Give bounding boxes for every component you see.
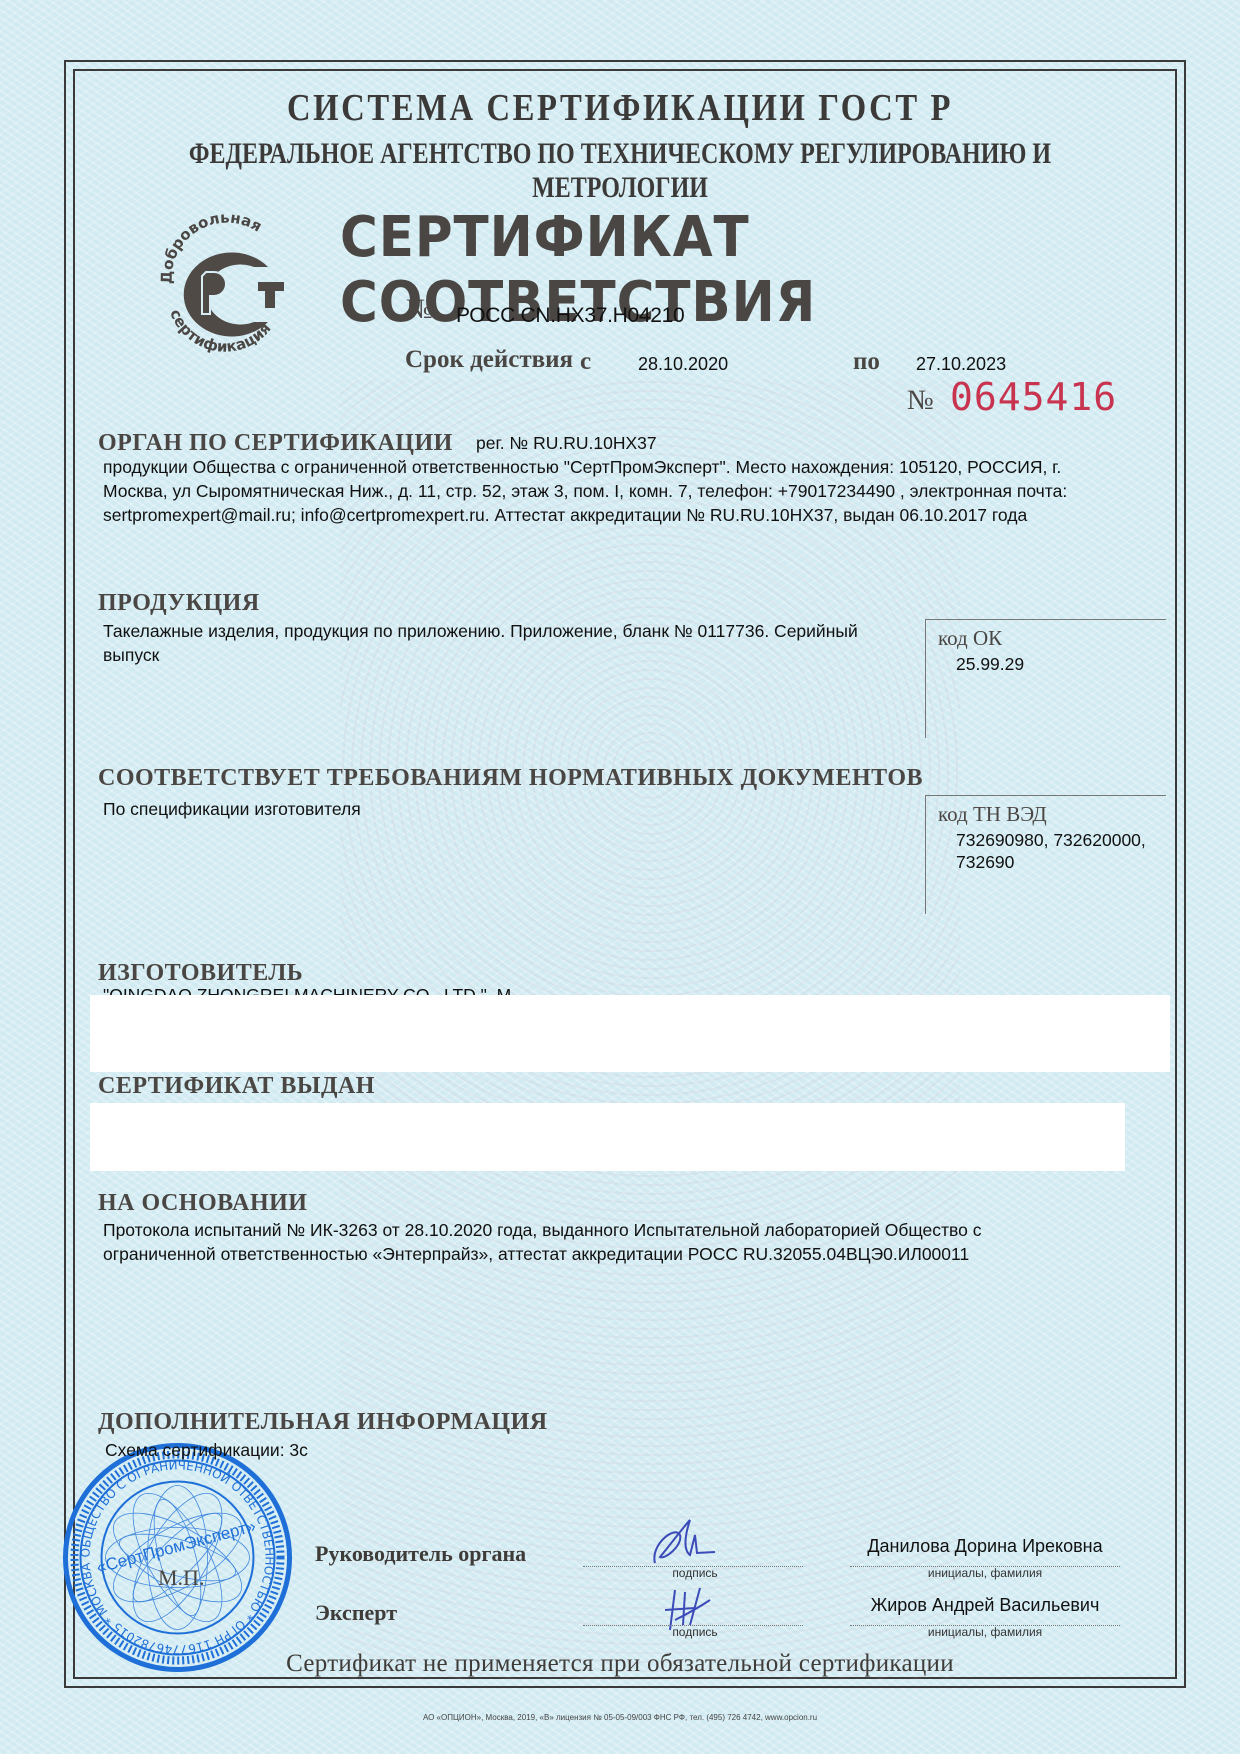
validity-label: Срок действия <box>405 346 573 374</box>
expert-name-caption: инициалы, фамилия <box>850 1625 1120 1639</box>
blank-number-sign: № <box>907 385 934 417</box>
certification-scheme: Схема сертификации: 3с <box>105 1440 308 1461</box>
basis-heading: НА ОСНОВАНИИ <box>98 1190 307 1217</box>
ok-code-value: 25.99.29 <box>956 653 1166 675</box>
additional-info-heading: ДОПОЛНИТЕЛЬНАЯ ИНФОРМАЦИЯ <box>98 1409 548 1436</box>
certificate-title: СЕРТИФИКАТ СООТВЕТСТВИЯ <box>340 205 1076 335</box>
norms-text: По спецификации изготовителя <box>103 797 361 821</box>
norms-heading: СООТВЕТСТВУЕТ ТРЕБОВАНИЯМ НОРМАТИВНЫХ ДО… <box>98 765 923 792</box>
expert-signature-caption: подпись <box>640 1625 750 1639</box>
ok-code-label: код ОК <box>938 626 1166 651</box>
head-signature-caption: подпись <box>640 1566 750 1580</box>
blank-serial-number: 0645416 <box>950 375 1117 419</box>
certification-body-reg: рег. № RU.RU.10НХ37 <box>476 433 657 454</box>
company-seal-icon: ОБЩЕСТВО С ОГРАНИЧЕННОЙ ОТВЕТСТВЕННОСТЬЮ… <box>60 1440 295 1675</box>
basis-text: Протокола испытаний № ИК-3263 от 28.10.2… <box>103 1218 1103 1266</box>
manufacturer-heading: ИЗГОТОВИТЕЛЬ <box>98 960 303 987</box>
certificate-number: РОСС CN.HX37.H04210 <box>456 304 684 328</box>
from-label: с <box>580 348 591 376</box>
certification-body-details: продукции Общества с ограниченной ответс… <box>103 455 1183 527</box>
tnved-code-label: код ТН ВЭД <box>938 802 1166 827</box>
manufacturer-redaction <box>90 995 1170 1072</box>
agency-title: ФЕДЕРАЛЬНОЕ АГЕНТСТВО ПО ТЕХНИЧЕСКОМУ РЕ… <box>124 137 1116 205</box>
head-name-caption: инициалы, фамилия <box>850 1566 1120 1580</box>
issued-to-redaction <box>90 1103 1125 1171</box>
valid-from-date: 28.10.2020 <box>638 354 728 375</box>
footer-note: Сертификат не применяется при обязательн… <box>0 1650 1240 1678</box>
certification-body-heading: ОРГАН ПО СЕРТИФИКАЦИИ <box>98 430 453 457</box>
product-heading: ПРОДУКЦИЯ <box>98 590 260 617</box>
number-sign: № <box>406 294 433 326</box>
to-label: по <box>853 348 880 376</box>
product-description: Такелажные изделия, продукция по приложе… <box>103 619 923 667</box>
head-name: Данилова Дорина Ирековна <box>850 1536 1120 1557</box>
mp-label: М.П. <box>158 1565 204 1591</box>
ok-code-box: код ОК 25.99.29 <box>925 619 1166 738</box>
tnved-code-value: 732690980, 732620000, 732690 <box>956 829 1166 873</box>
printer-imprint: АО «ОПЦИОН», Москва, 2019, «В» лицензия … <box>0 1713 1240 1722</box>
expert-role-label: Эксперт <box>315 1600 397 1626</box>
tnved-code-box: код ТН ВЭД 732690980, 732620000, 732690 <box>925 795 1166 914</box>
expert-name: Жиров Андрей Васильевич <box>850 1595 1120 1616</box>
head-role-label: Руководитель органа <box>315 1541 526 1567</box>
system-title: СИСТЕМА СЕРТИФИКАЦИИ ГОСТ Р <box>87 86 1153 130</box>
rst-logo-icon: Добровольная сертификация <box>150 212 300 362</box>
valid-to-date: 27.10.2023 <box>916 354 1006 375</box>
issued-to-heading: СЕРТИФИКАТ ВЫДАН <box>98 1073 375 1100</box>
head-signature-icon <box>645 1515 725 1570</box>
